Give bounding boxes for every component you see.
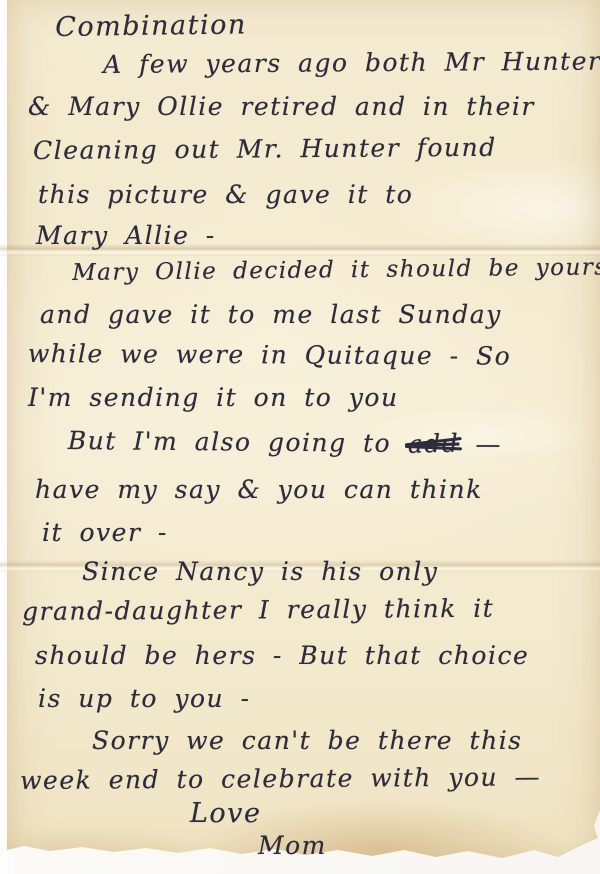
letter-line: while we were in Quitaque - So <box>28 339 511 371</box>
letter-line: Mary Ollie decided it should be yours, <box>72 254 600 286</box>
letter-line: A few years ago both Mr Hunter <box>103 47 600 79</box>
letter-line: is up to you - <box>38 684 251 713</box>
line-text: But I'm also going to <box>68 426 408 458</box>
signature-mom: Mom <box>258 831 327 860</box>
letter-body: Combination A few years ago both Mr Hunt… <box>0 0 600 874</box>
letter-line: Mary Allie - <box>36 221 216 250</box>
scanned-letter: Combination A few years ago both Mr Hunt… <box>0 0 600 874</box>
letter-line: I'm sending it on to you <box>28 383 399 412</box>
scribbled-out-word: add <box>407 429 459 459</box>
letter-line: this picture & gave it to <box>38 180 413 209</box>
letter-line: Combination <box>55 9 247 43</box>
letter-line: it over - <box>42 518 168 547</box>
letter-line: & Mary Ollie retired and in their <box>28 92 535 121</box>
letter-line: But I'm also going to add — <box>68 426 502 459</box>
line-text: — <box>459 429 502 458</box>
letter-line: Since Nancy is his only <box>82 557 438 586</box>
letter-line: and gave it to me last Sunday <box>40 300 502 329</box>
letter-line: should be hers - But that choice <box>35 641 529 670</box>
letter-line: Sorry we can't be there this <box>92 726 523 755</box>
letter-line: grand-daughter I really think it <box>22 594 494 626</box>
closing-love: Love <box>190 798 261 829</box>
letter-line: week end to celebrate with you — <box>20 762 541 795</box>
letter-line: Cleaning out Mr. Hunter found <box>33 133 497 165</box>
letter-line: have my say & you can think <box>35 475 483 504</box>
